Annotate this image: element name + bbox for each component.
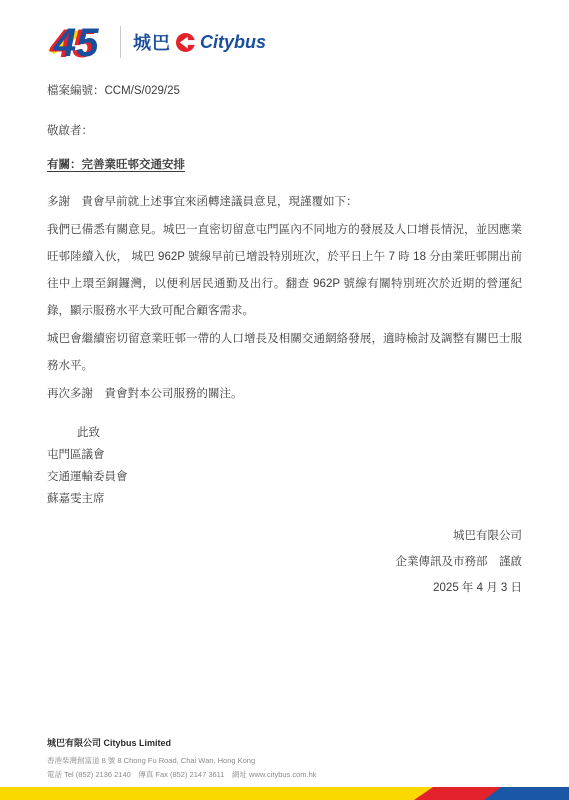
- subject-line: 有關：完善業旺邨交通安排: [47, 156, 522, 172]
- letter-body: 檔案編號：CCM/S/029/25 敬啟者： 有關：完善業旺邨交通安排 多謝 貴…: [47, 82, 522, 601]
- footer-address: 香港柴灣創富道 8 號 8 Chong Fu Road, Chai Wan, H…: [47, 754, 522, 768]
- signature-company: 城巴有限公司: [47, 523, 522, 549]
- footer-company-name: 城巴有限公司 Citybus Limited: [47, 736, 522, 749]
- salutation: 敬啟者：: [47, 122, 522, 138]
- file-reference-label: 檔案編號：: [47, 85, 105, 97]
- signature-date: 2025 年 4 月 3 日: [47, 575, 522, 601]
- closing-phrase: 此致: [47, 422, 522, 444]
- paragraph-main: 我們已備悉有關意見。城巴一直密切留意屯門區內不同地方的發展及人口增長情況，並因應…: [47, 217, 522, 325]
- logo-divider: [120, 26, 121, 58]
- closing-block: 此致 屯門區議會 交通運輸委員會 蘇嘉雯主席: [47, 422, 522, 510]
- anniversary-45-logo: 45 45: [46, 20, 108, 64]
- brand-chinese-text: 城巴: [133, 29, 171, 55]
- file-reference: 檔案編號：CCM/S/029/25: [47, 82, 522, 98]
- brand-color-bar: [0, 787, 569, 800]
- citybus-wordmark: 城巴 Citybus: [133, 29, 266, 55]
- recipient-line: 蘇嘉雯主席: [47, 488, 522, 510]
- footer-contact: 電話 Tel (852) 2136 2140 傳真 Fax (852) 2147…: [47, 768, 522, 782]
- brand-english-text: Citybus: [200, 32, 266, 53]
- file-reference-number: CCM/S/029/25: [105, 85, 180, 97]
- letter-page: 45 45 城巴 Citybus 檔案編號：CCM/S/029/25 敬啟者： …: [0, 0, 569, 800]
- svg-text:45: 45: [53, 21, 99, 64]
- paragraph-followup: 城巴會繼續密切留意業旺邨一帶的人口增長及相關交通網絡發展，適時檢討及調整有關巴士…: [47, 326, 522, 380]
- paragraph-intro: 多謝 貴會早前就上述事宜來函轉達議員意見，現謹覆如下：: [47, 189, 522, 216]
- signature-department: 企業傳訊及市務部 謹啟: [47, 549, 522, 575]
- recipient-line: 交通運輸委員會: [47, 466, 522, 488]
- signature-block: 城巴有限公司 企業傳訊及市務部 謹啟 2025 年 4 月 3 日: [47, 523, 522, 601]
- recipient-line: 屯門區議會: [47, 444, 522, 466]
- brand-color-bar-red: [0, 787, 569, 800]
- letterhead: 45 45 城巴 Citybus: [46, 20, 266, 64]
- paragraph-thanks: 再次多謝 貴會對本公司服務的關注。: [47, 381, 522, 408]
- letter-footer: 城巴有限公司 Citybus Limited 香港柴灣創富道 8 號 8 Cho…: [47, 736, 522, 782]
- citybus-c-icon: [176, 33, 195, 52]
